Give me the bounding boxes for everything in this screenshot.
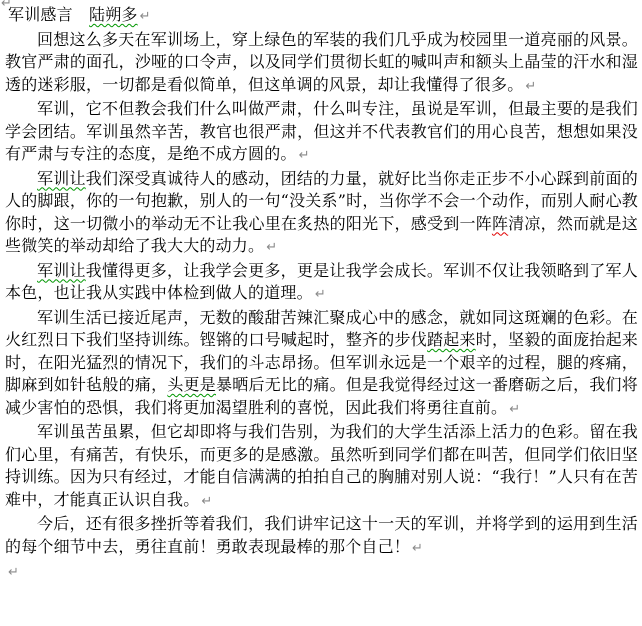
document-title[interactable]: 军训感言 陆朔多↵ bbox=[5, 4, 638, 29]
paragraph[interactable]: 军训，它不但教会我们什么叫做严肃，什么叫专注，虽说是军训，但最主要的是我们学会团… bbox=[5, 98, 638, 168]
spellcheck-flagged-text: 踏起来 bbox=[427, 330, 476, 349]
document-page[interactable]: ↵ 军训感言 陆朔多↵回想这么多天在军训场上，穿上绿色的军装的我们几乎成为校园里… bbox=[0, 0, 642, 626]
paragraph-mark-icon: ↵ bbox=[6, 565, 19, 580]
spellcheck-flagged-text: 头更是 bbox=[167, 375, 216, 394]
paragraph[interactable]: 军训生活已接近尾声，无数的酸甜苦辣汇聚成心中的感念，就如同这斑斓的色彩。在火红烈… bbox=[5, 307, 638, 422]
paragraph[interactable]: 今后，还有很多挫折等着我们，我们讲牢记这十一天的军训，并将学到的运用到生活的每个… bbox=[5, 513, 638, 560]
text-run: 回想这么多天在军训场上，穿上绿色的军装的我们几乎成为校园里一道亮丽的风景。教官严… bbox=[5, 30, 638, 94]
paragraph-mark-icon: ↵ bbox=[523, 79, 536, 94]
paragraph[interactable]: 军训虽苦虽累，但它却即将与我们告别，为我们的大学生活添上活力的色彩。留在我们心里… bbox=[5, 421, 638, 513]
spellcheck-flagged-text: 军训让 bbox=[37, 169, 86, 188]
empty-paragraph[interactable]: ↵ bbox=[5, 560, 638, 585]
spellcheck-flagged-text: 军训让 bbox=[37, 261, 86, 280]
text-run: 军训，它不但教会我们什么叫做严肃，什么叫专注，虽说是军训，但最主要的是我们学会团… bbox=[5, 99, 638, 163]
text-run: 军训感言 bbox=[8, 5, 89, 24]
paragraph-mark-icon: ↵ bbox=[297, 148, 310, 163]
paragraph[interactable]: 回想这么多天在军训场上，穿上绿色的军装的我们几乎成为校园里一道亮丽的风景。教官严… bbox=[5, 29, 638, 99]
text-run: 今后，还有很多挫折等着我们，我们讲牢记这十一天的军训，并将学到的运用到生活的每个… bbox=[5, 514, 638, 556]
paragraph-mark-icon: ↵ bbox=[410, 541, 423, 556]
paragraph-mark-icon: ↵ bbox=[138, 9, 151, 24]
text-run: 军训虽苦虽累，但它却即将与我们告别，为我们的大学生活添上活力的色彩。留在我们心里… bbox=[5, 422, 638, 509]
paragraph-mark-icon: ↵ bbox=[199, 494, 212, 509]
paragraph-mark-icon: ↵ bbox=[264, 240, 277, 255]
paragraph-mark-icon: ↵ bbox=[313, 287, 326, 302]
paragraph-mark-icon: ↵ bbox=[1, 0, 12, 16]
spellcheck-flagged-text: 陆朔多 bbox=[89, 5, 138, 24]
paragraph[interactable]: 军训让我们深受真诚待人的感动，团结的力量，就好比当你走正步不小心踩到前面的人的脚… bbox=[5, 168, 638, 260]
spellcheck-flagged-text-red: 阵 bbox=[492, 214, 508, 233]
paragraph-mark-icon: ↵ bbox=[507, 402, 520, 417]
paragraph-list: 军训感言 陆朔多↵回想这么多天在军训场上，穿上绿色的军装的我们几乎成为校园里一道… bbox=[5, 4, 638, 585]
paragraph[interactable]: 军训让我懂得更多，让我学会更多，更是让我学会成长。军训不仅让我领略到了军人本色，… bbox=[5, 260, 638, 307]
